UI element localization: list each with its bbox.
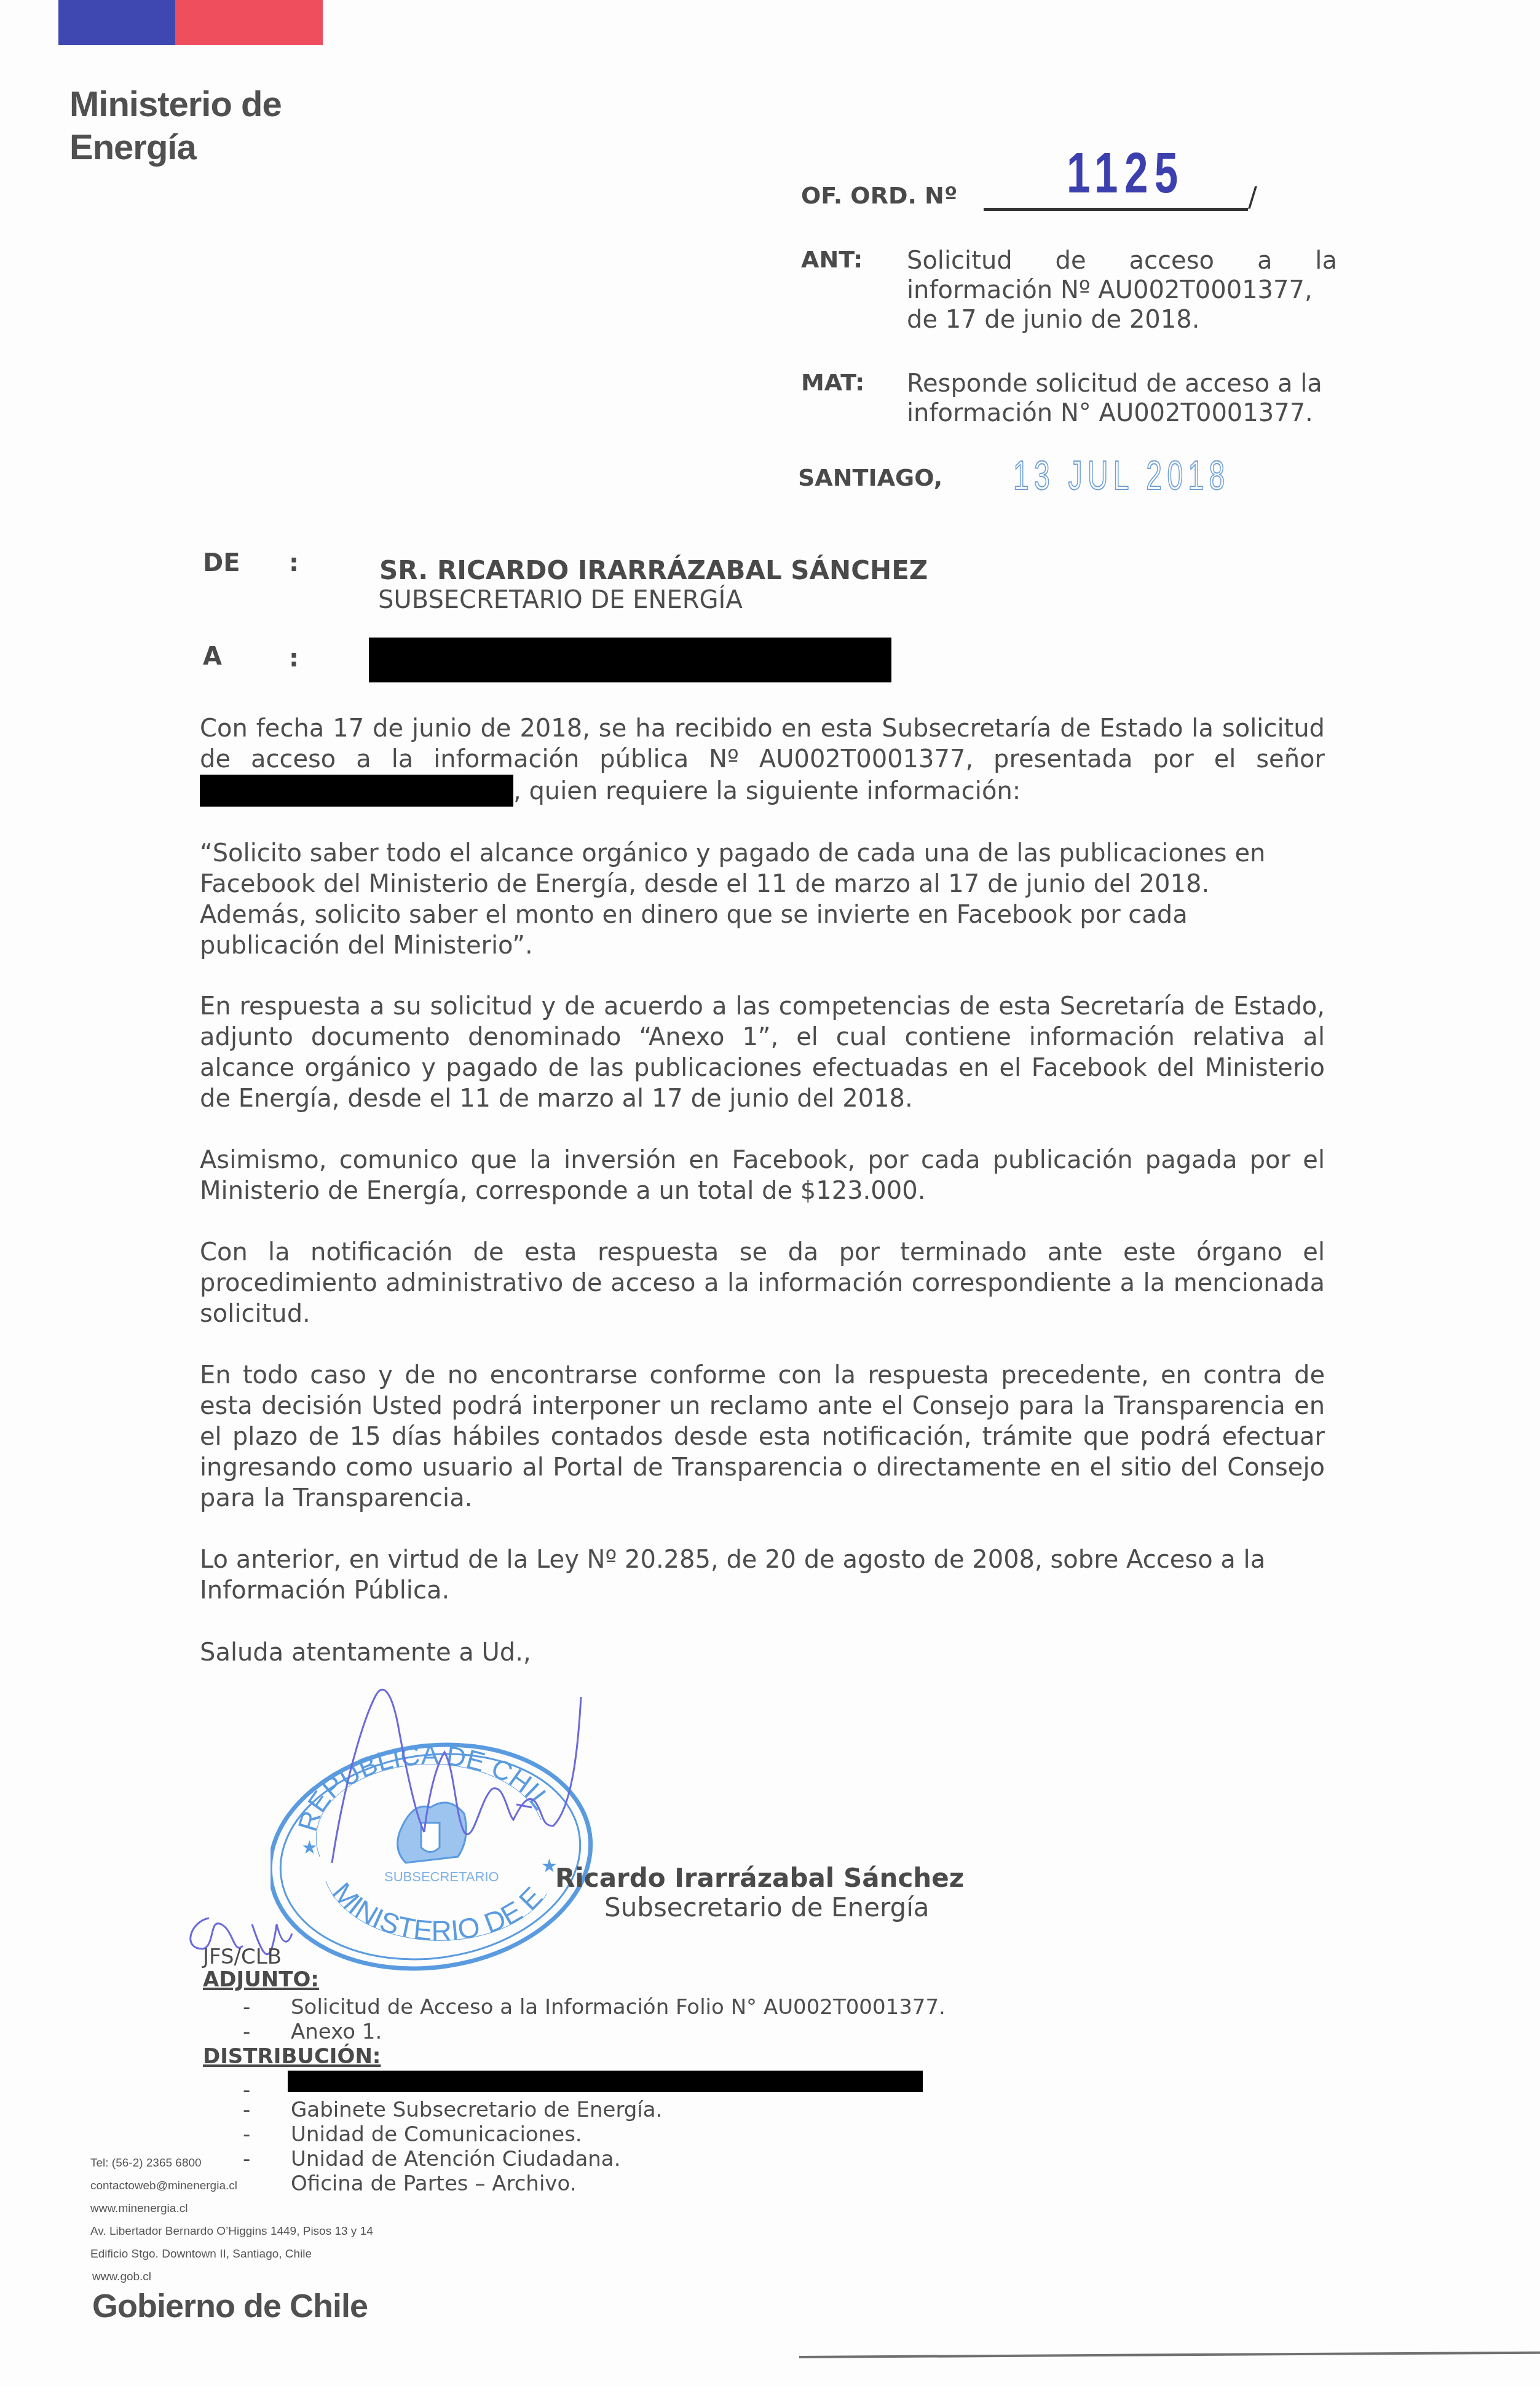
distribution-heading: DISTRIBUCIÓN: xyxy=(203,2044,381,2069)
ant-text: Solicitud de acceso a la información Nº … xyxy=(907,246,1337,334)
distribution-redaction xyxy=(288,2071,923,2092)
ant-line: de 17 de junio de 2018. xyxy=(907,305,1337,334)
footer-address-line2: Edificio Stgo. Downtown II, Santiago, Ch… xyxy=(90,2243,312,2266)
mat-line: información N° AU002T0001377. xyxy=(907,398,1349,428)
svg-text:SUBSECRETARIO: SUBSECRETARIO xyxy=(384,1869,499,1884)
attachment-item-text: Anexo 1. xyxy=(291,2020,382,2044)
paragraph-request-quote: “Solicito saber todo el alcance orgánico… xyxy=(200,838,1319,961)
footer-phone: Tel: (56-2) 2365 6800 xyxy=(90,2152,202,2175)
recipient-redaction xyxy=(369,638,891,682)
distribution-item-text: Gabinete Subsecretario de Energía. xyxy=(291,2098,662,2122)
paragraph-response: En respuesta a su solicitud y de acuerdo… xyxy=(200,991,1325,1114)
de-colon: : xyxy=(289,549,299,577)
receipt-text-part1: Con fecha 17 de junio de 2018, se ha rec… xyxy=(200,714,1325,773)
of-ord-label: OF. ORD. Nº xyxy=(801,182,957,209)
place-label: SANTIAGO, xyxy=(798,464,942,491)
distribution-item-text: Unidad de Atención Ciudadana. xyxy=(291,2147,621,2171)
sender-name: SR. RICARDO IRARRÁZABAL SÁNCHEZ xyxy=(379,555,928,585)
attachment-item-text: Solicitud de Acceso a la Información Fol… xyxy=(291,1995,946,2020)
a-colon: : xyxy=(289,644,299,673)
ant-line: Solicitud de acceso a la xyxy=(907,246,1337,275)
paragraph-investment: Asimismo, comunico que la inversión en F… xyxy=(200,1145,1325,1206)
ministry-name-line1: Ministerio de xyxy=(69,83,282,126)
flag-red-band xyxy=(175,0,323,45)
drafter-initials: JFS/CLB xyxy=(203,1945,282,1969)
svg-text:★: ★ xyxy=(301,1837,318,1859)
bullet-dash: - xyxy=(243,2020,250,2044)
mat-label: MAT: xyxy=(801,369,864,396)
paragraph-receipt: Con fecha 17 de junio de 2018, se ha rec… xyxy=(200,713,1325,807)
bullet-dash: - xyxy=(243,2098,250,2122)
svg-text:REPUBLICA DE CHILE: REPUBLICA DE CHILE xyxy=(270,1660,556,1835)
bullet-dash: - xyxy=(243,2122,250,2147)
ant-label: ANT: xyxy=(801,246,863,273)
bullet-dash: - xyxy=(243,2147,250,2171)
scan-page-edge xyxy=(799,2352,1540,2358)
requester-name-redaction xyxy=(200,775,513,807)
sender-title: SUBSECRETARIO DE ENERGÍA xyxy=(378,586,743,614)
distribution-item-text: Oficina de Partes – Archivo. xyxy=(291,2171,577,2196)
flag-blue-band xyxy=(58,0,175,45)
ministry-name-line2: Energía xyxy=(69,126,196,169)
attachments-heading: ADJUNTO: xyxy=(203,1967,319,1992)
paragraph-appeal: En todo caso y de no encontrarse conform… xyxy=(200,1360,1325,1514)
distribution-item-text: Unidad de Comunicaciones. xyxy=(291,2122,582,2147)
official-seal-and-signature: REPUBLICA DE CHILE MINISTERIO DE ENERGIA… xyxy=(270,1660,959,1980)
footer-gob-website: www.gob.cl xyxy=(92,2266,151,2288)
footer-email: contactoweb@minenergia.cl xyxy=(90,2175,237,2197)
footer-brand: Gobierno de Chile xyxy=(92,2287,368,2325)
mat-text: Responde solicitud de acceso a la inform… xyxy=(907,369,1349,428)
ant-line: información Nº AU002T0001377, xyxy=(907,275,1337,305)
de-label: DE xyxy=(203,549,240,577)
of-ord-number-stamp: 1125 xyxy=(1067,141,1185,206)
paragraph-legal-basis: Lo anterior, en virtud de la Ley Nº 20.2… xyxy=(200,1544,1325,1606)
footer-address-line1: Av. Libertador Bernardo O’Higgins 1449, … xyxy=(90,2220,373,2243)
footer-website: www.minenergia.cl xyxy=(90,2197,188,2220)
date-stamp: 13 JUL 2018 xyxy=(1013,452,1230,499)
signatory-title: Subsecretario de Energía xyxy=(604,1892,930,1922)
signatory-name: Ricardo Irarrázabal Sánchez xyxy=(555,1863,964,1893)
receipt-text-part2: , quien requiere la siguiente informació… xyxy=(513,777,1021,805)
ministry-seal-icon: REPUBLICA DE CHILE MINISTERIO DE ENERGIA… xyxy=(270,1660,606,1980)
of-ord-suffix: / xyxy=(1248,182,1257,213)
paragraph-termination: Con la notificación de esta respuesta se… xyxy=(200,1237,1325,1329)
mat-line: Responde solicitud de acceso a la xyxy=(907,369,1349,398)
bullet-dash: - xyxy=(243,1995,250,2020)
a-label: A xyxy=(203,642,222,671)
